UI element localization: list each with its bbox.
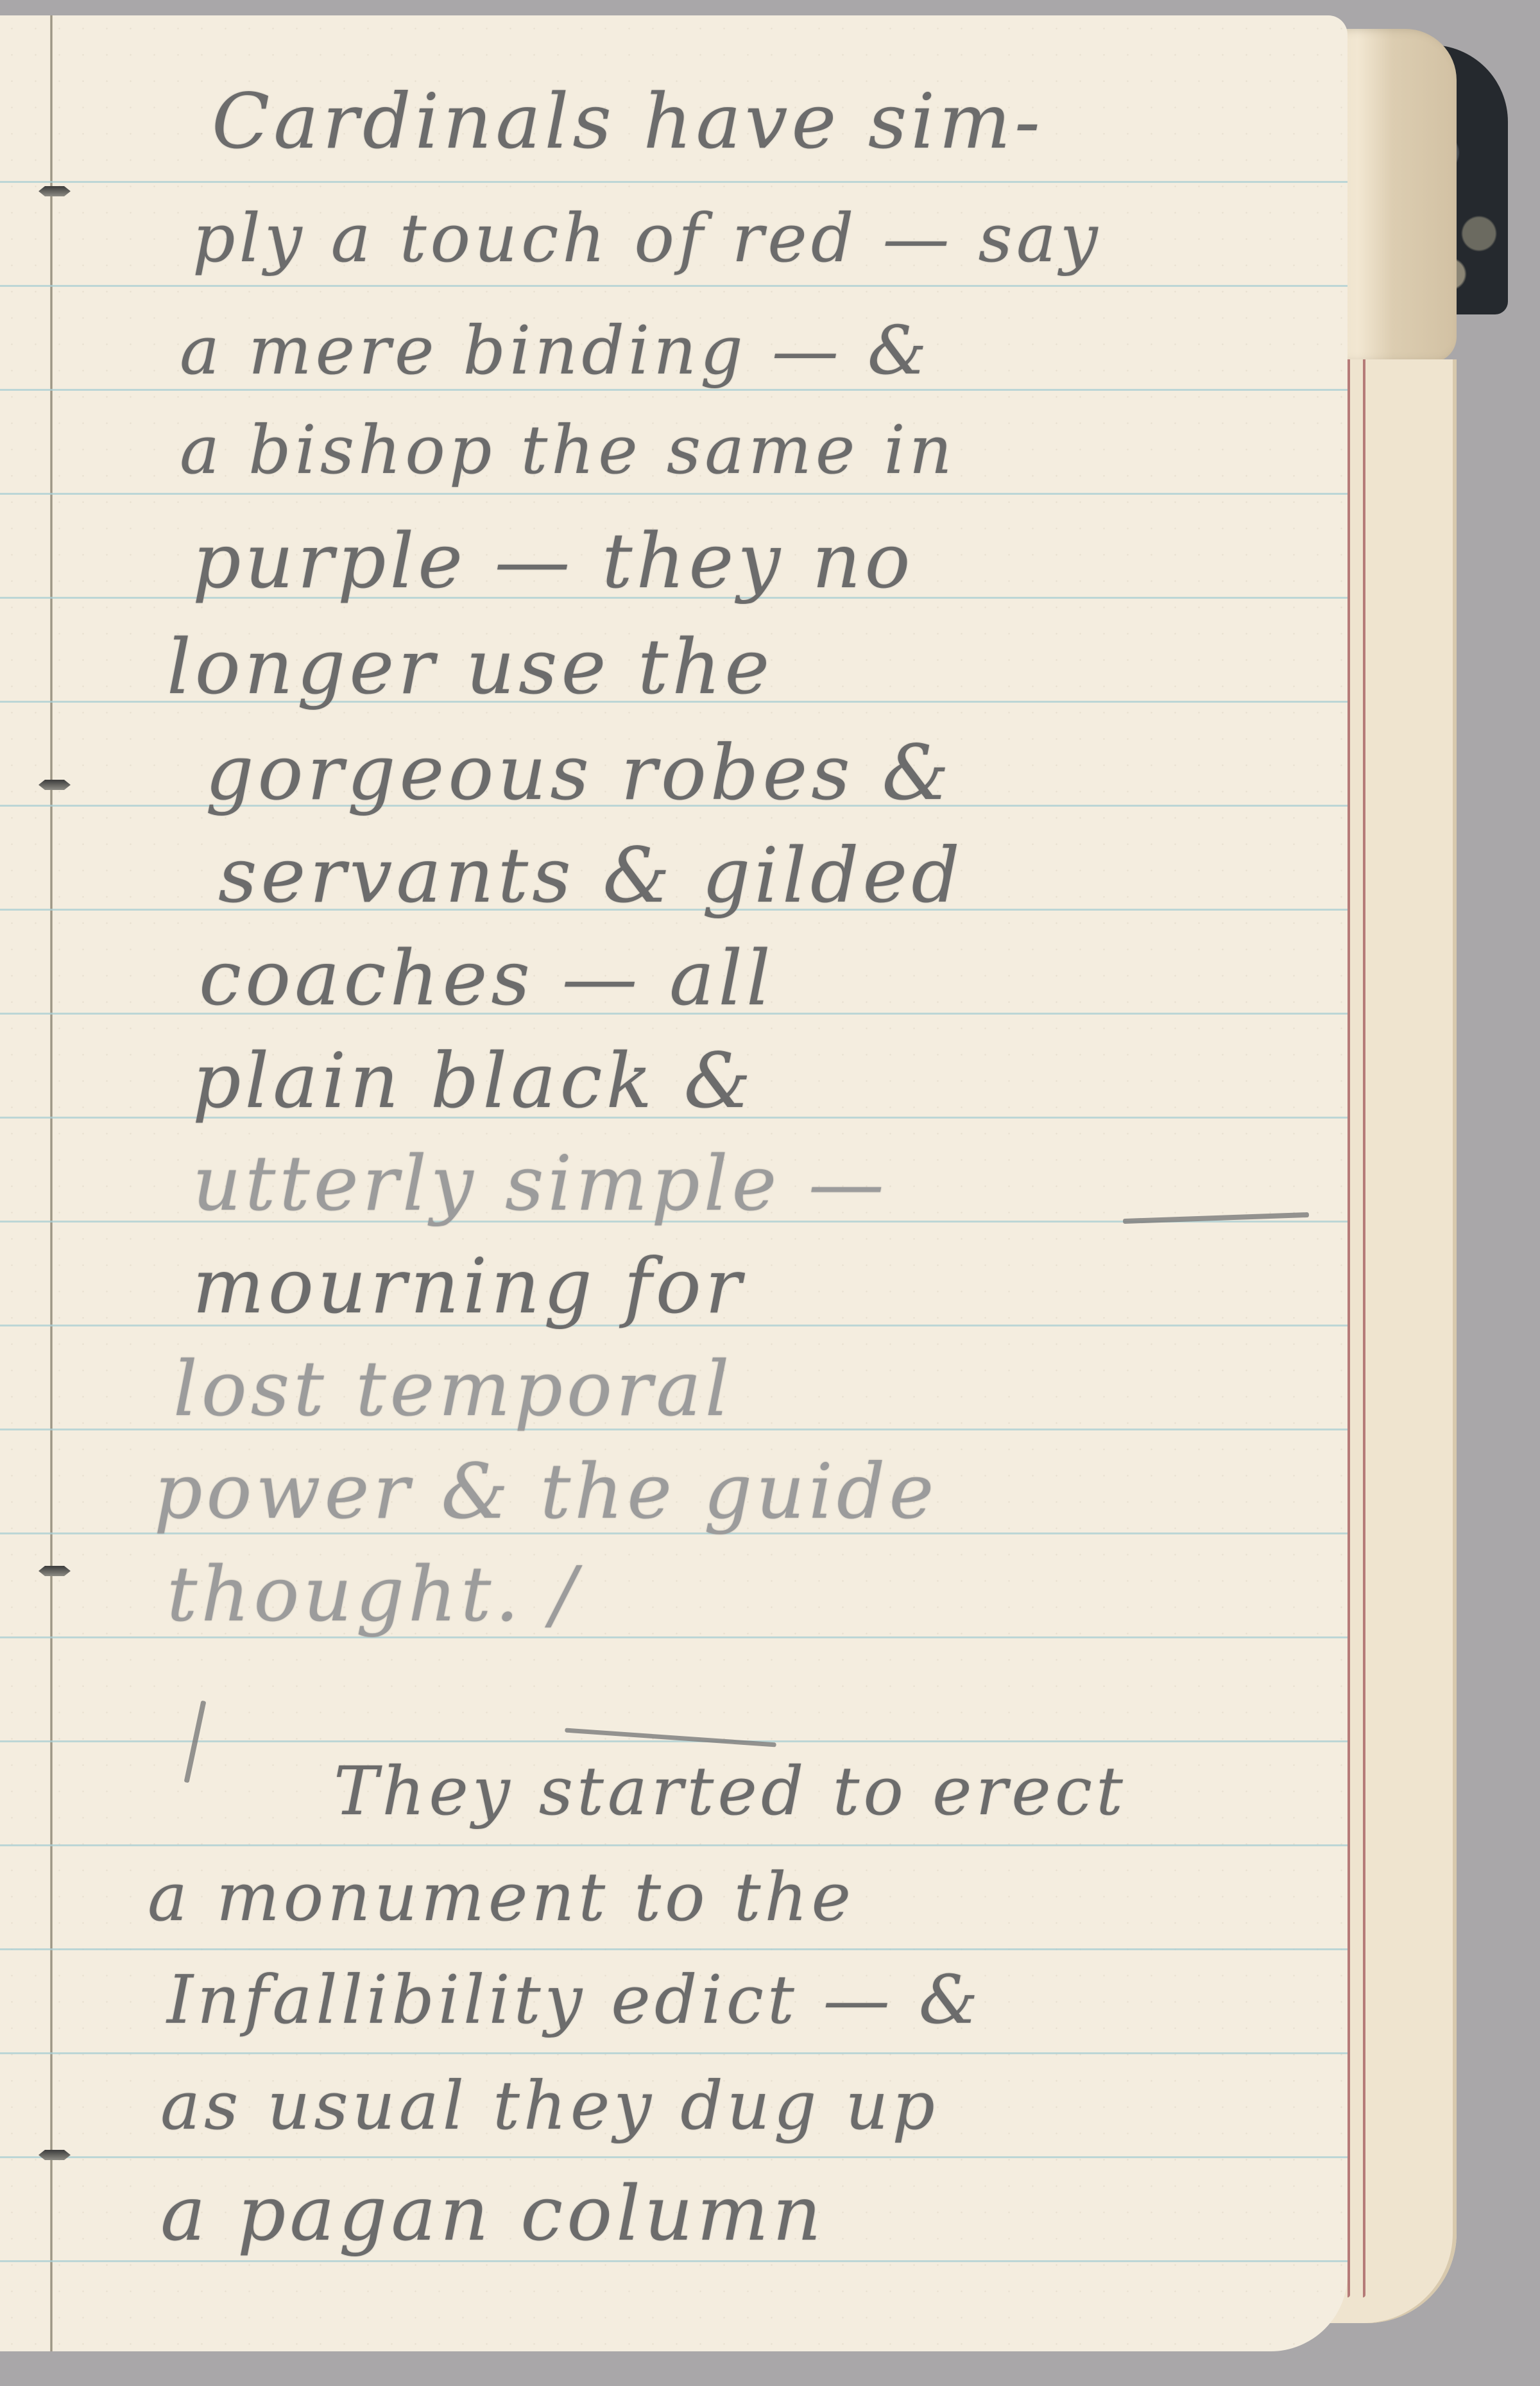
text-line: a monument to the	[0, 1858, 1347, 1936]
ruled-line	[0, 1844, 1347, 1846]
text-line: longer use the	[0, 622, 1347, 711]
ruled-line	[0, 2052, 1347, 2054]
text-line: They started to erect	[0, 1752, 1347, 1830]
text-line: power & the guide	[0, 1447, 1347, 1536]
page-edge-line	[1363, 359, 1365, 2297]
staple	[38, 186, 71, 196]
text-line: as usual they dug up	[0, 2066, 1347, 2145]
text-line: Cardinals have sim-	[0, 77, 1347, 166]
page-edge-line	[1347, 359, 1350, 2297]
ruled-line	[0, 493, 1347, 495]
notebook-page: Cardinals have sim- ply a touch of red —…	[0, 15, 1347, 2351]
ruled-line	[0, 181, 1347, 183]
text-line: plain black &	[0, 1036, 1347, 1125]
text-line: a pagan column	[0, 2169, 1347, 2258]
pencil-stroke	[565, 1728, 776, 1747]
text-line: utterly simple —	[0, 1139, 1347, 1228]
text-line: purple — they no	[0, 517, 1347, 605]
text-line: gorgeous robes &	[0, 728, 1347, 817]
text-line: a mere binding — &	[0, 311, 1347, 390]
text-line: a bishop the same in	[0, 411, 1347, 489]
text-line: thought. /	[0, 1550, 1347, 1638]
ruled-line	[0, 2156, 1347, 2158]
text-line: Infallibility edict — &	[0, 1961, 1347, 2039]
text-line: coaches — all	[0, 934, 1347, 1022]
text-line: lost temporal	[0, 1344, 1347, 1433]
ruled-line	[0, 285, 1347, 287]
ruled-line	[0, 1948, 1347, 1950]
text-line: ply a touch of red — say	[0, 199, 1347, 277]
ruled-line	[0, 2260, 1347, 2262]
text-line: mourning for	[0, 1242, 1347, 1330]
ruled-line	[0, 1740, 1347, 1742]
text-line: servants & gilded	[0, 831, 1347, 920]
staple	[38, 2150, 71, 2160]
